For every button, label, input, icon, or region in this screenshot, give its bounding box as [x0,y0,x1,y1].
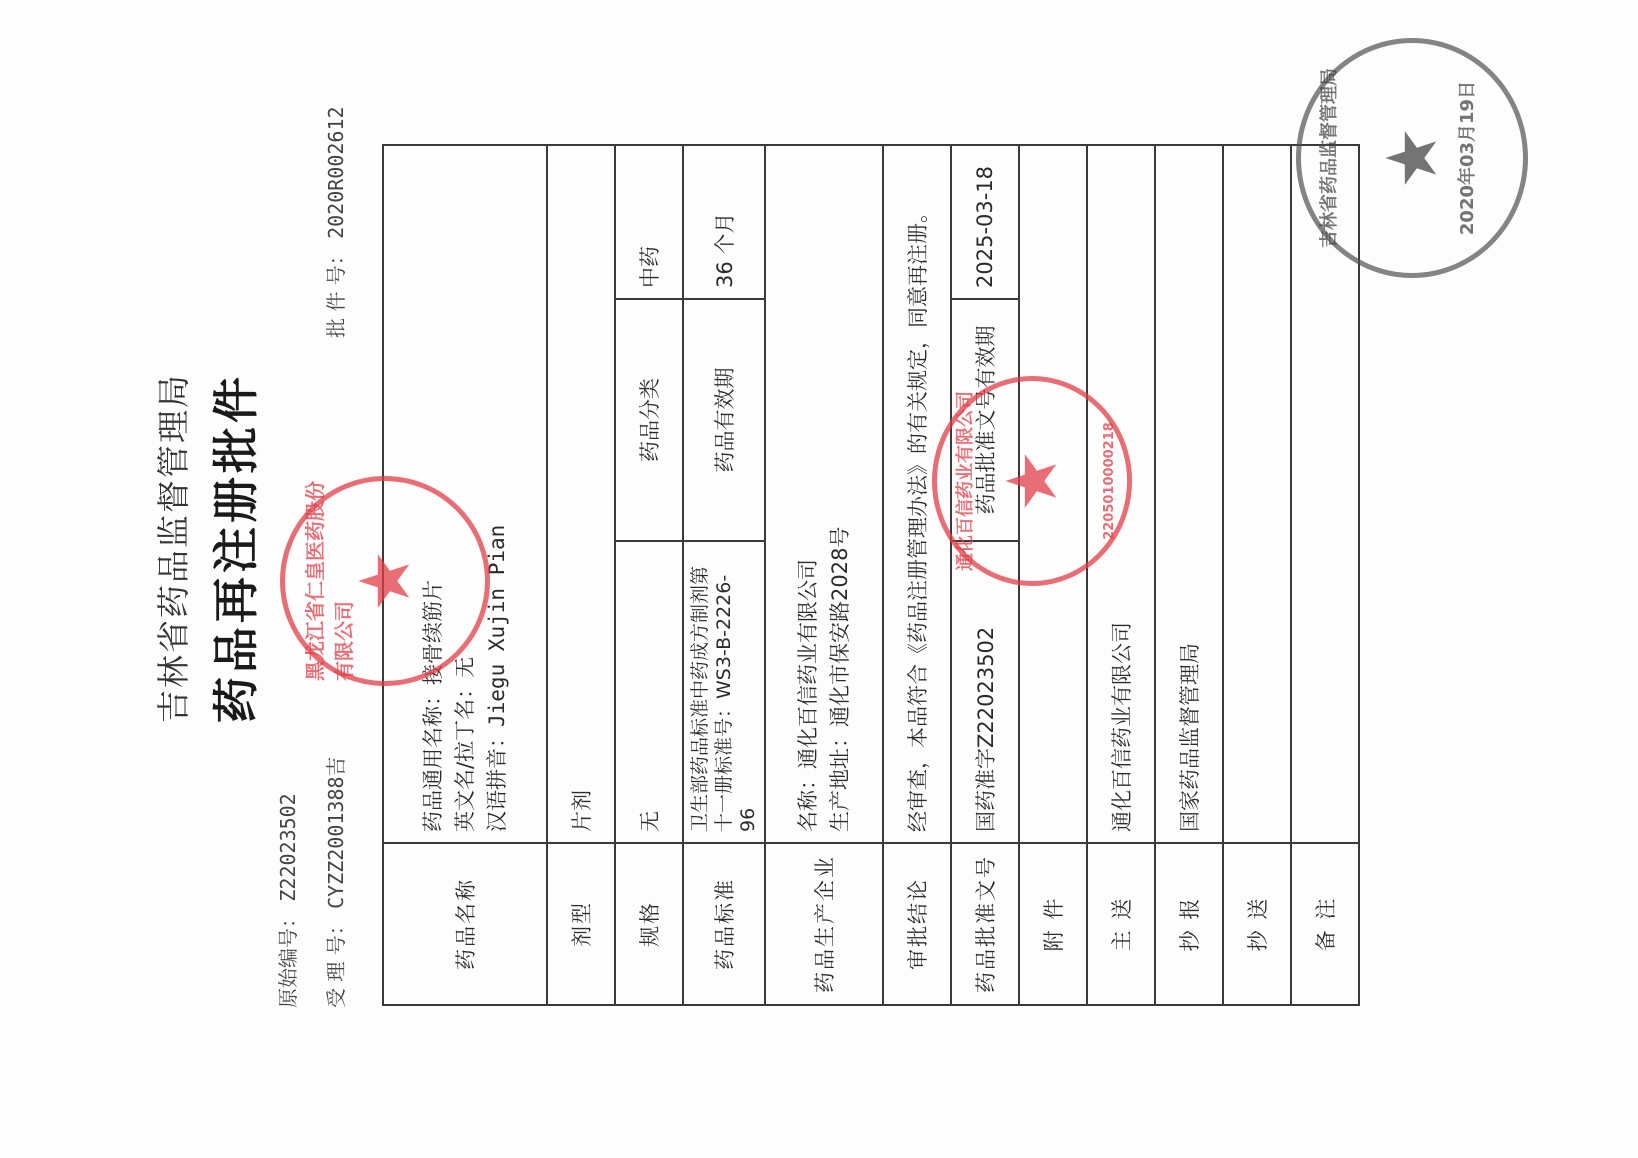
approval-validity-label: 药品批准文号有效期 [951,299,1019,541]
conclusion-value: 经审查，本品符合《药品注册管理办法》的有关规定，同意再注册。 [883,145,951,843]
manufacturer-label: 药品生产企业 [765,843,883,1005]
approval-document-number: 批 件 号： 2020R002612 [320,106,349,338]
row-dosage-form: 剂型 片剂 [547,145,615,1005]
acceptance-number-value: CYZZ2001388吉 [324,756,348,908]
pinyin-name: 汉语拼音：Jiegu Xujin Pian [481,156,513,832]
report-to-label: 抄 报 [1155,843,1223,1005]
approval-document-number-value: 2020R002612 [324,106,348,238]
validity-value: 36 个月 [683,145,765,299]
remarks-label: 备 注 [1291,843,1359,1005]
row-spec: 规格 无 药品分类 中药 [615,145,683,1005]
manufacturer-name: 名称：通化百信药业有限公司 [792,156,824,832]
generic-name: 药品通用名称：接骨续筋片 [417,156,449,832]
attachment-value [1019,145,1087,843]
manufacturer-value: 名称：通化百信药业有限公司 生产地址：通化市保安路2028号 [765,145,883,843]
drug-class-value: 中药 [615,145,683,299]
row-main-recipient: 主 送 通化百信药业有限公司 [1087,145,1155,1005]
dosage-form-value: 片剂 [547,145,615,843]
standard-label: 药品标准 [683,843,765,1005]
original-number-label: 原始编号： [276,908,300,1008]
issuing-agency: 吉林省药品监督管理局 [148,198,195,898]
row-conclusion: 审批结论 经审查，本品符合《药品注册管理办法》的有关规定，同意再注册。 [883,145,951,1005]
spec-label: 规格 [615,843,683,1005]
dosage-form-label: 剂型 [547,843,615,1005]
row-approval-number: 药品批准文号 国药准字Z22023502 药品批准文号有效期 2025-03-1… [951,145,1019,1005]
approval-number-value: 国药准字Z22023502 [951,541,1019,843]
original-number: 原始编号： Z22023502 [272,793,301,1008]
copy-to-value [1223,145,1291,843]
row-copy-to: 抄 送 [1223,145,1291,1005]
validity-label: 药品有效期 [683,299,765,541]
main-recipient-value: 通化百信药业有限公司 [1087,145,1155,843]
remarks-value [1291,145,1359,843]
acceptance-number: 受 理 号： CYZZ2001388吉 [320,756,349,1008]
standard-value: 卫生部药品标准中药成方制剂第 十一册标准号：WS3-B-2226-96 [683,541,765,843]
document-title: 药品再注册批件 [200,198,266,898]
approval-validity-value: 2025-03-18 [951,145,1019,299]
scanned-document-page: 吉林省药品监督管理局 药品再注册批件 原始编号： Z22023502 受 理 号… [0,0,1638,1158]
main-recipient-label: 主 送 [1087,843,1155,1005]
row-attachment: 附 件 [1019,145,1087,1005]
row-standard: 药品标准 卫生部药品标准中药成方制剂第 十一册标准号：WS3-B-2226-96… [683,145,765,1005]
manufacturer-address: 生产地址：通化市保安路2028号 [824,156,856,832]
acceptance-number-label: 受 理 号： [324,915,348,1008]
english-name: 英文名/拉丁名：无 [449,156,481,832]
row-report-to: 抄 报 国家药品监督管理局 [1155,145,1223,1005]
row-remarks: 备 注 [1291,145,1359,1005]
drug-class-label: 药品分类 [615,299,683,541]
approval-document-number-label: 批 件 号： [324,245,348,338]
copy-to-label: 抄 送 [1223,843,1291,1005]
row-drug-name: 药品名称 药品通用名称：接骨续筋片 英文名/拉丁名：无 汉语拼音：Jiegu X… [383,145,547,1005]
original-number-value: Z22023502 [276,793,300,901]
conclusion-label: 审批结论 [883,843,951,1005]
approval-number-label: 药品批准文号 [951,843,1019,1005]
row-manufacturer: 药品生产企业 名称：通化百信药业有限公司 生产地址：通化市保安路2028号 [765,145,883,1005]
drug-name-value: 药品通用名称：接骨续筋片 英文名/拉丁名：无 汉语拼音：Jiegu Xujin … [383,145,547,843]
drug-name-label: 药品名称 [383,843,547,1005]
attachment-label: 附 件 [1019,843,1087,1005]
registration-form-table: 药品名称 药品通用名称：接骨续筋片 英文名/拉丁名：无 汉语拼音：Jiegu X… [382,144,1360,1006]
report-to-value: 国家药品监督管理局 [1155,145,1223,843]
spec-value: 无 [615,541,683,843]
star-icon: ★ [1377,127,1447,190]
